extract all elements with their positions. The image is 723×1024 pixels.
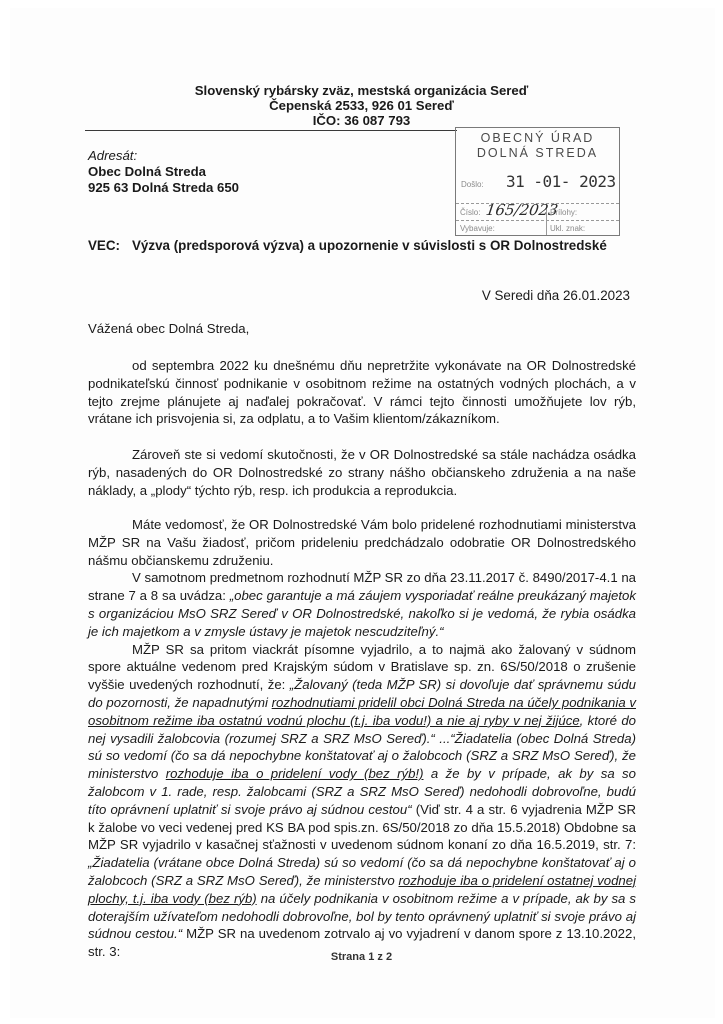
paragraph-3: Máte vedomosť, že OR Dolnostredské Vám b… [88,516,636,569]
stamp-title-office: OBECNÝ ÚRAD [456,131,619,145]
addressee-label: Adresát: [88,148,137,164]
paragraph-1: od septembra 2022 ku dnešnému dňu nepret… [88,357,636,428]
stamp-storage-label: Ukl. znak: [550,224,585,233]
sender-address: Čepenská 2533, 926 01 Sereď [0,98,723,113]
page-footer: Strana 1 z 2 [0,951,723,963]
stamp-received-label: Došlo: [461,180,484,189]
sender-ico: IČO: 36 087 793 [0,113,723,128]
paragraph-2: Zároveň ste si vedomí skutočnosti, že v … [88,446,636,499]
stamp-title-municipality: DOLNÁ STREDA [456,146,619,160]
subject-label: VEC: [88,238,132,253]
sender-org-name: Slovenský rybársky zväz, mestská organiz… [0,83,723,98]
stamp-handled-by-label: Vybavuje: [460,224,495,233]
paragraph-4: V samotnom predmetnom rozhodnutí MŽP SR … [88,569,636,640]
addressee-name: Obec Dolná Streda [88,164,206,180]
stamp-number-handwritten: 165/2023 [485,201,559,219]
stamp-divider [456,220,619,221]
header-divider [85,130,457,131]
stamp-number-label: Číslo: [460,208,480,217]
paragraph-block-main: Máte vedomosť, že OR Dolnostredské Vám b… [88,516,636,961]
paragraph-5: MŽP SR sa pritom viackrát písomne vyjadr… [88,641,636,961]
page-label: Strana [331,951,368,963]
stamp-attachments-label: Prílohy: [550,208,577,217]
addressee-city: 925 63 Dolná Streda 650 [88,180,239,196]
greeting: Vážená obec Dolná Streda, [88,320,636,338]
subject-line: VEC:Výzva (predsporová výzva) a upozorne… [88,238,607,253]
place-and-date: V Seredi dňa 26.01.2023 [482,288,630,303]
page-total: 2 [386,951,392,963]
stamp-received-date: 31 -01- 2023 [506,172,616,191]
subject-text: Výzva (predsporová výzva) a upozornenie … [132,238,607,253]
quote-1-underlined-2: rozhoduje iba o pridelení vody (bez rýb!… [166,766,424,781]
registry-stamp: OBECNÝ ÚRAD DOLNÁ STREDA Došlo: 31 -01- … [455,127,620,236]
page-separator: z [374,951,386,963]
